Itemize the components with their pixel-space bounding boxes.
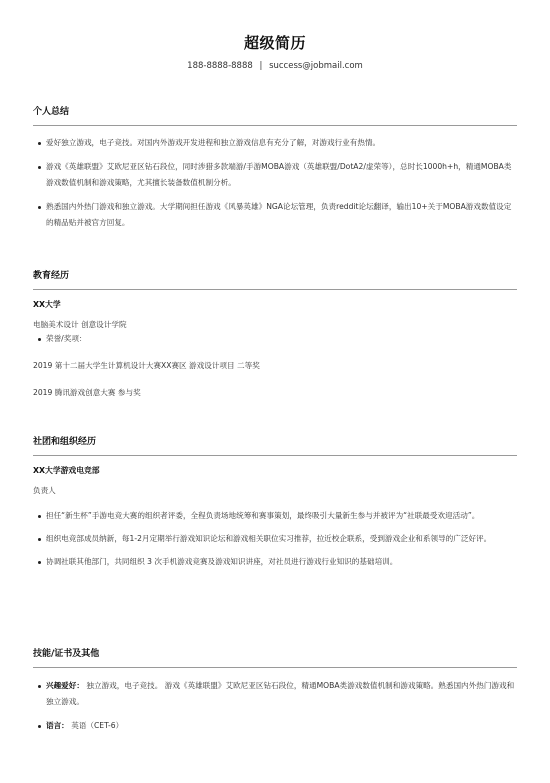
contact-line: 188-8888-8888 | success@jobmail.com [33, 60, 517, 72]
summary-item: 熟悉国内外热门游戏和独立游戏。大学期间担任游戏《风暴英雄》NGA论坛管理，负责r… [33, 199, 517, 231]
club-list: 担任“新生杯”手游电竞大赛的组织者评委，全程负责场地统筹和赛事策划，最终吸引大量… [33, 508, 517, 570]
section-title-education: 教育经历 [33, 270, 517, 290]
bullet-icon [38, 166, 41, 169]
skills-item-interests: 兴趣爱好： 独立游戏，电子竞技。 游戏《英雄联盟》艾欧尼亚区钻石段位，精通MOB… [33, 678, 517, 710]
summary-list: 爱好独立游戏，电子竞技。对国内外游戏开发进程和独立游戏信息有充分了解，对游戏行业… [33, 135, 517, 231]
skills-label: 兴趣爱好： [46, 681, 84, 690]
skills-text: 英语（CET-6） [69, 721, 123, 730]
resume-header: 超级简历 188-8888-8888 | success@jobmail.com [33, 0, 517, 72]
summary-item: 游戏《英雄联盟》艾欧尼亚区钻石段位，同时涉猎多款端游/手游MOBA游戏（英雄联盟… [33, 159, 517, 191]
honors-label-item: 荣誉/奖项： [33, 331, 517, 347]
major-college: 电脑美术设计 创意设计学院 [33, 319, 517, 331]
bullet-icon [38, 725, 41, 728]
club-item: 协调社联其他部门，共同组织 3 次手机游戏竞赛及游戏知识讲座，对社员进行游戏行业… [33, 554, 517, 570]
bullet-icon [38, 538, 41, 541]
skills-label: 语言： [46, 721, 69, 730]
bullet-icon [38, 206, 41, 209]
section-summary: 个人总结 爱好独立游戏，电子竞技。对国内外游戏开发进程和独立游戏信息有充分了解，… [33, 106, 517, 239]
school-name: XX大学 [33, 299, 517, 311]
phone-number: 188-8888-8888 [187, 61, 253, 71]
award-item: 2019 第十二届大学生计算机设计大赛XX赛区 游戏设计项目 二等奖 [33, 360, 517, 372]
club-name: XX大学游戏电竞部 [33, 465, 517, 477]
email-address: success@jobmail.com [269, 61, 363, 71]
section-skills: 技能/证书及其他 兴趣爱好： 独立游戏，电子竞技。 游戏《英雄联盟》艾欧尼亚区钻… [33, 648, 517, 742]
section-title-skills: 技能/证书及其他 [33, 648, 517, 668]
section-education: 教育经历 XX大学 电脑美术设计 创意设计学院 荣誉/奖项： 2019 第十二届… [33, 270, 517, 399]
bullet-icon [38, 685, 41, 688]
contact-separator: | [259, 61, 262, 71]
section-clubs: 社团和组织经历 XX大学游戏电竞部 负责人 担任“新生杯”手游电竞大赛的组织者评… [33, 436, 517, 577]
skills-text: 独立游戏，电子竞技。 游戏《英雄联盟》艾欧尼亚区钻石段位，精通MOBA类游戏数值… [46, 681, 514, 706]
club-item: 担任“新生杯”手游电竞大赛的组织者评委，全程负责场地统筹和赛事策划，最终吸引大量… [33, 508, 517, 524]
bullet-icon [38, 338, 41, 341]
resume-name: 超级简历 [33, 33, 517, 53]
award-item: 2019 腾讯游戏创意大赛 参与奖 [33, 387, 517, 399]
skills-item-language: 语言： 英语（CET-6） [33, 718, 517, 734]
skills-list: 兴趣爱好： 独立游戏，电子竞技。 游戏《英雄联盟》艾欧尼亚区钻石段位，精通MOB… [33, 678, 517, 734]
section-title-clubs: 社团和组织经历 [33, 436, 517, 456]
club-item: 组织电竞部成员纳新，每1-2月定期举行游戏知识论坛和游戏相关职位实习推荐，拉近校… [33, 531, 517, 547]
bullet-icon [38, 561, 41, 564]
bullet-icon [38, 142, 41, 145]
bullet-icon [38, 515, 41, 518]
resume-page: 超级简历 188-8888-8888 | success@jobmail.com… [0, 0, 550, 783]
section-title-summary: 个人总结 [33, 106, 517, 126]
honors-list: 荣誉/奖项： [33, 331, 517, 347]
club-role: 负责人 [33, 485, 517, 497]
summary-item: 爱好独立游戏，电子竞技。对国内外游戏开发进程和独立游戏信息有充分了解，对游戏行业… [33, 135, 517, 151]
